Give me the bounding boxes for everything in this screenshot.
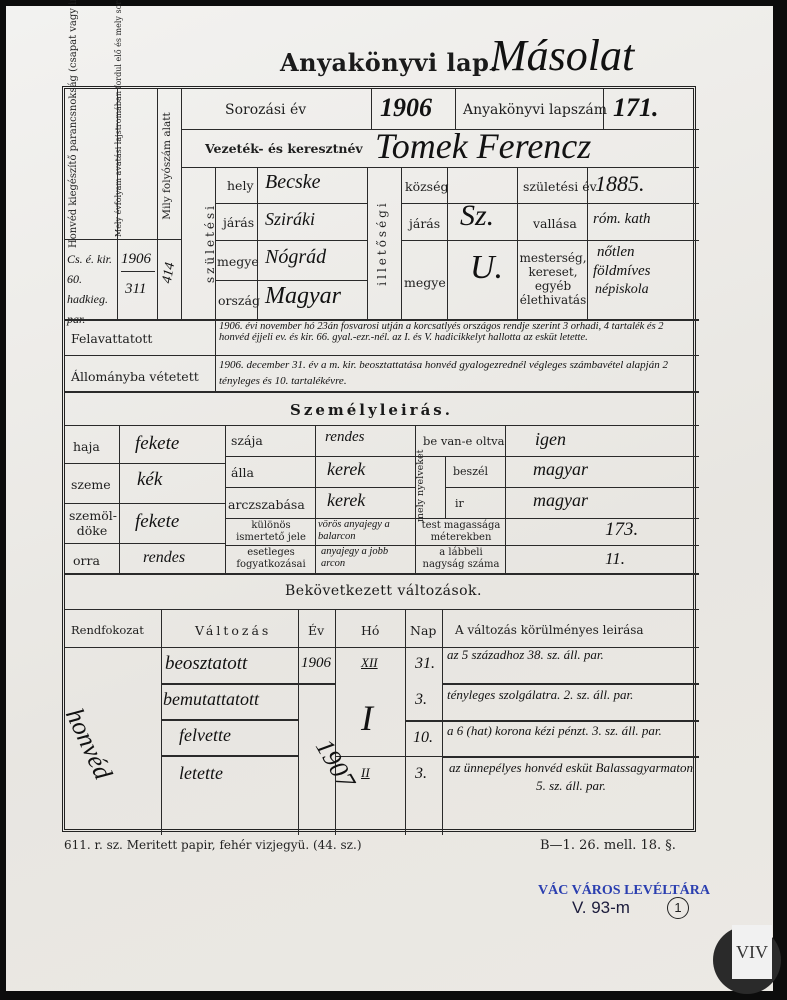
alla-value: kerek bbox=[327, 459, 365, 480]
residence-megye-value: U. bbox=[470, 249, 503, 287]
birth-megye-label: megye bbox=[217, 254, 259, 269]
szeme-value: kék bbox=[137, 469, 162, 491]
allomanyba-value: 1906. december 31. év a m. kir. beosztat… bbox=[219, 357, 691, 391]
changes-header-description: A változás körülményes leirása bbox=[455, 623, 644, 637]
archive-logo-text: VIV bbox=[732, 925, 772, 979]
birth-hely-value: Becske bbox=[265, 171, 321, 194]
beszel-value: magyar bbox=[533, 459, 588, 480]
col1-header: Honvéd kiegészítő parancsnokság (csapat … bbox=[68, 98, 116, 248]
change-row-2-month: I bbox=[361, 697, 373, 739]
change-row-1-month: XII bbox=[361, 655, 378, 671]
change-row-1-description: az 5 századhoz 38. sz. áll. par. bbox=[447, 647, 695, 663]
change-row-4-month: II bbox=[361, 765, 370, 781]
szemoldoke-label: szemöl-döke bbox=[69, 508, 115, 538]
archive-signature: V. 93-m bbox=[572, 898, 630, 918]
change-row-2-day: 3. bbox=[415, 691, 427, 709]
change-row-2-description: tényleges szolgálatra. 2. sz. áll. par. bbox=[447, 687, 695, 703]
copy-annotation: Másolat bbox=[490, 30, 634, 81]
mesterseg-value-3: népiskola bbox=[595, 282, 649, 298]
birth-orszag-value: Magyar bbox=[265, 283, 341, 310]
allomanyba-label: Állományba vétetett bbox=[71, 369, 199, 384]
change-rows-year-span: 1907 bbox=[309, 734, 361, 794]
changes-section-title: Bekövetkezett változások. bbox=[285, 583, 482, 599]
beoltva-value: igen bbox=[535, 429, 566, 450]
szeme-label: szeme bbox=[71, 477, 111, 492]
col2-year: 1906 bbox=[121, 251, 151, 268]
sorozasi-ev-value: 1906 bbox=[380, 93, 432, 123]
haja-value: fekete bbox=[135, 433, 179, 455]
sorozasi-ev-label: Sorozási év bbox=[225, 102, 306, 118]
change-row-1-change: beosztatott bbox=[165, 653, 247, 675]
lapszam-value: 171. bbox=[613, 93, 659, 123]
orra-label: orra bbox=[73, 553, 100, 568]
change-row-4-change: letette bbox=[179, 763, 223, 784]
szemoldoke-value: fekete bbox=[135, 511, 179, 533]
changes-header-month: Hó bbox=[361, 623, 379, 638]
vallasa-label: vallása bbox=[533, 216, 577, 231]
birth-jaras-value: Sziráki bbox=[265, 209, 315, 230]
haja-label: haja bbox=[73, 439, 100, 454]
change-row-1-day: 31. bbox=[415, 655, 435, 673]
birth-hely-label: hely bbox=[227, 178, 254, 193]
col3-value: 414 bbox=[160, 261, 179, 284]
change-row-2-change: bemutattatott bbox=[163, 689, 259, 710]
beszel-label: beszél bbox=[453, 465, 488, 478]
mesterseg-value-1: nőtlen bbox=[597, 244, 635, 261]
magassag-label: test magassága méterekben bbox=[417, 520, 505, 544]
document-title: Anyakönyvi lap. bbox=[280, 48, 498, 77]
szuletesi-ev-label: születési év bbox=[523, 179, 597, 194]
footer-right: B—1. 26. mell. 18. §. bbox=[540, 838, 676, 853]
mesterseg-label: mesterség, kereset, egyéb élethivatás bbox=[519, 251, 587, 307]
arczszabasa-value: kerek bbox=[327, 490, 365, 511]
labbeli-value: 11. bbox=[605, 549, 625, 569]
magassag-value: 173. bbox=[605, 519, 638, 541]
szaja-value: rendes bbox=[325, 429, 364, 446]
changes-header-rank: Rendfokozat bbox=[71, 623, 144, 637]
residence-megye-label: megye bbox=[404, 275, 446, 290]
col2-number: 311 bbox=[125, 281, 146, 298]
change-row-4-day: 3. bbox=[415, 765, 427, 783]
footer-left: 611. r. sz. Meritett papir, fehér vizjeg… bbox=[64, 838, 362, 852]
ir-label: ir bbox=[455, 497, 464, 510]
mesterseg-value-2: földmíves bbox=[593, 263, 651, 280]
name-value: Tomek Ferencz bbox=[375, 125, 591, 167]
birth-jaras-label: járás bbox=[223, 215, 254, 230]
registry-form: Honvéd kiegészítő parancsnokság (csapat … bbox=[62, 86, 696, 832]
change-row-4-description: az ünnepélyes honvéd esküt Balassagyarma… bbox=[447, 759, 695, 795]
lapszam-label: Anyakönyvi lapszám bbox=[463, 102, 607, 118]
col3-header: Mily folyószám alatt bbox=[161, 96, 179, 236]
felavattatott-value: 1906. évi november hó 23án fosvarosi utj… bbox=[219, 321, 691, 355]
fogyatkozasai-label: esetleges fogyatkozásai bbox=[227, 547, 315, 571]
kulonos-value: vörös anyajegy a balarcon bbox=[318, 519, 414, 543]
description-section-title: Személyleirás. bbox=[290, 401, 453, 419]
col1-value: Cs. é. kir. 60. hadkieg. par. bbox=[67, 249, 117, 329]
szuletesi-ev-value: 1885. bbox=[595, 171, 645, 197]
changes-header-year: Év bbox=[308, 623, 324, 638]
change-row-3-change: felvette bbox=[179, 725, 231, 746]
residence-jaras-value: Sz. bbox=[460, 199, 494, 233]
col2-header: Mely évfolyam avatási lajstromában fordu… bbox=[114, 97, 146, 237]
residence-group-label: illetőségi bbox=[376, 183, 392, 303]
vallasa-value: róm. kath bbox=[593, 211, 651, 228]
birth-megye-value: Nógrád bbox=[265, 246, 326, 269]
ir-value: magyar bbox=[533, 490, 588, 511]
change-row-1-year: 1906 bbox=[301, 655, 331, 672]
labbeli-label: a lábbeli nagyság száma bbox=[417, 547, 505, 571]
arczszabasa-label: arczszabása bbox=[228, 497, 305, 512]
name-label: Vezeték- és keresztnév bbox=[205, 141, 363, 156]
changes-header-change: Változás bbox=[195, 623, 271, 638]
birth-group-label: születési bbox=[204, 183, 220, 303]
archive-circled-number: 1 bbox=[667, 897, 689, 919]
beoltva-label: be van-e oltva bbox=[423, 434, 505, 448]
residence-kozseg-label: község bbox=[405, 179, 449, 194]
kulonos-label: különös ismertető jele bbox=[227, 520, 315, 544]
fogyatkozasai-value: anyajegy a jobb arcon bbox=[321, 546, 413, 570]
felavattatott-label: Felavattatott bbox=[71, 331, 152, 346]
residence-jaras-label: járás bbox=[409, 216, 440, 231]
alla-label: álla bbox=[231, 465, 254, 480]
archive-stamp: VÁC VÁROS LEVÉLTÁRA bbox=[538, 883, 710, 899]
orra-value: rendes bbox=[143, 549, 185, 567]
birth-orszag-label: ország bbox=[218, 293, 260, 308]
change-row-3-day: 10. bbox=[413, 729, 433, 747]
changes-rank-value: honvéd bbox=[59, 704, 118, 785]
changes-header-day: Nap bbox=[410, 623, 436, 638]
change-row-3-description: a 6 (hat) korona kézi pénzt. 3. sz. áll.… bbox=[447, 723, 695, 739]
szaja-label: szája bbox=[231, 433, 263, 448]
nyelvek-label: mely nyelveket bbox=[416, 466, 442, 522]
